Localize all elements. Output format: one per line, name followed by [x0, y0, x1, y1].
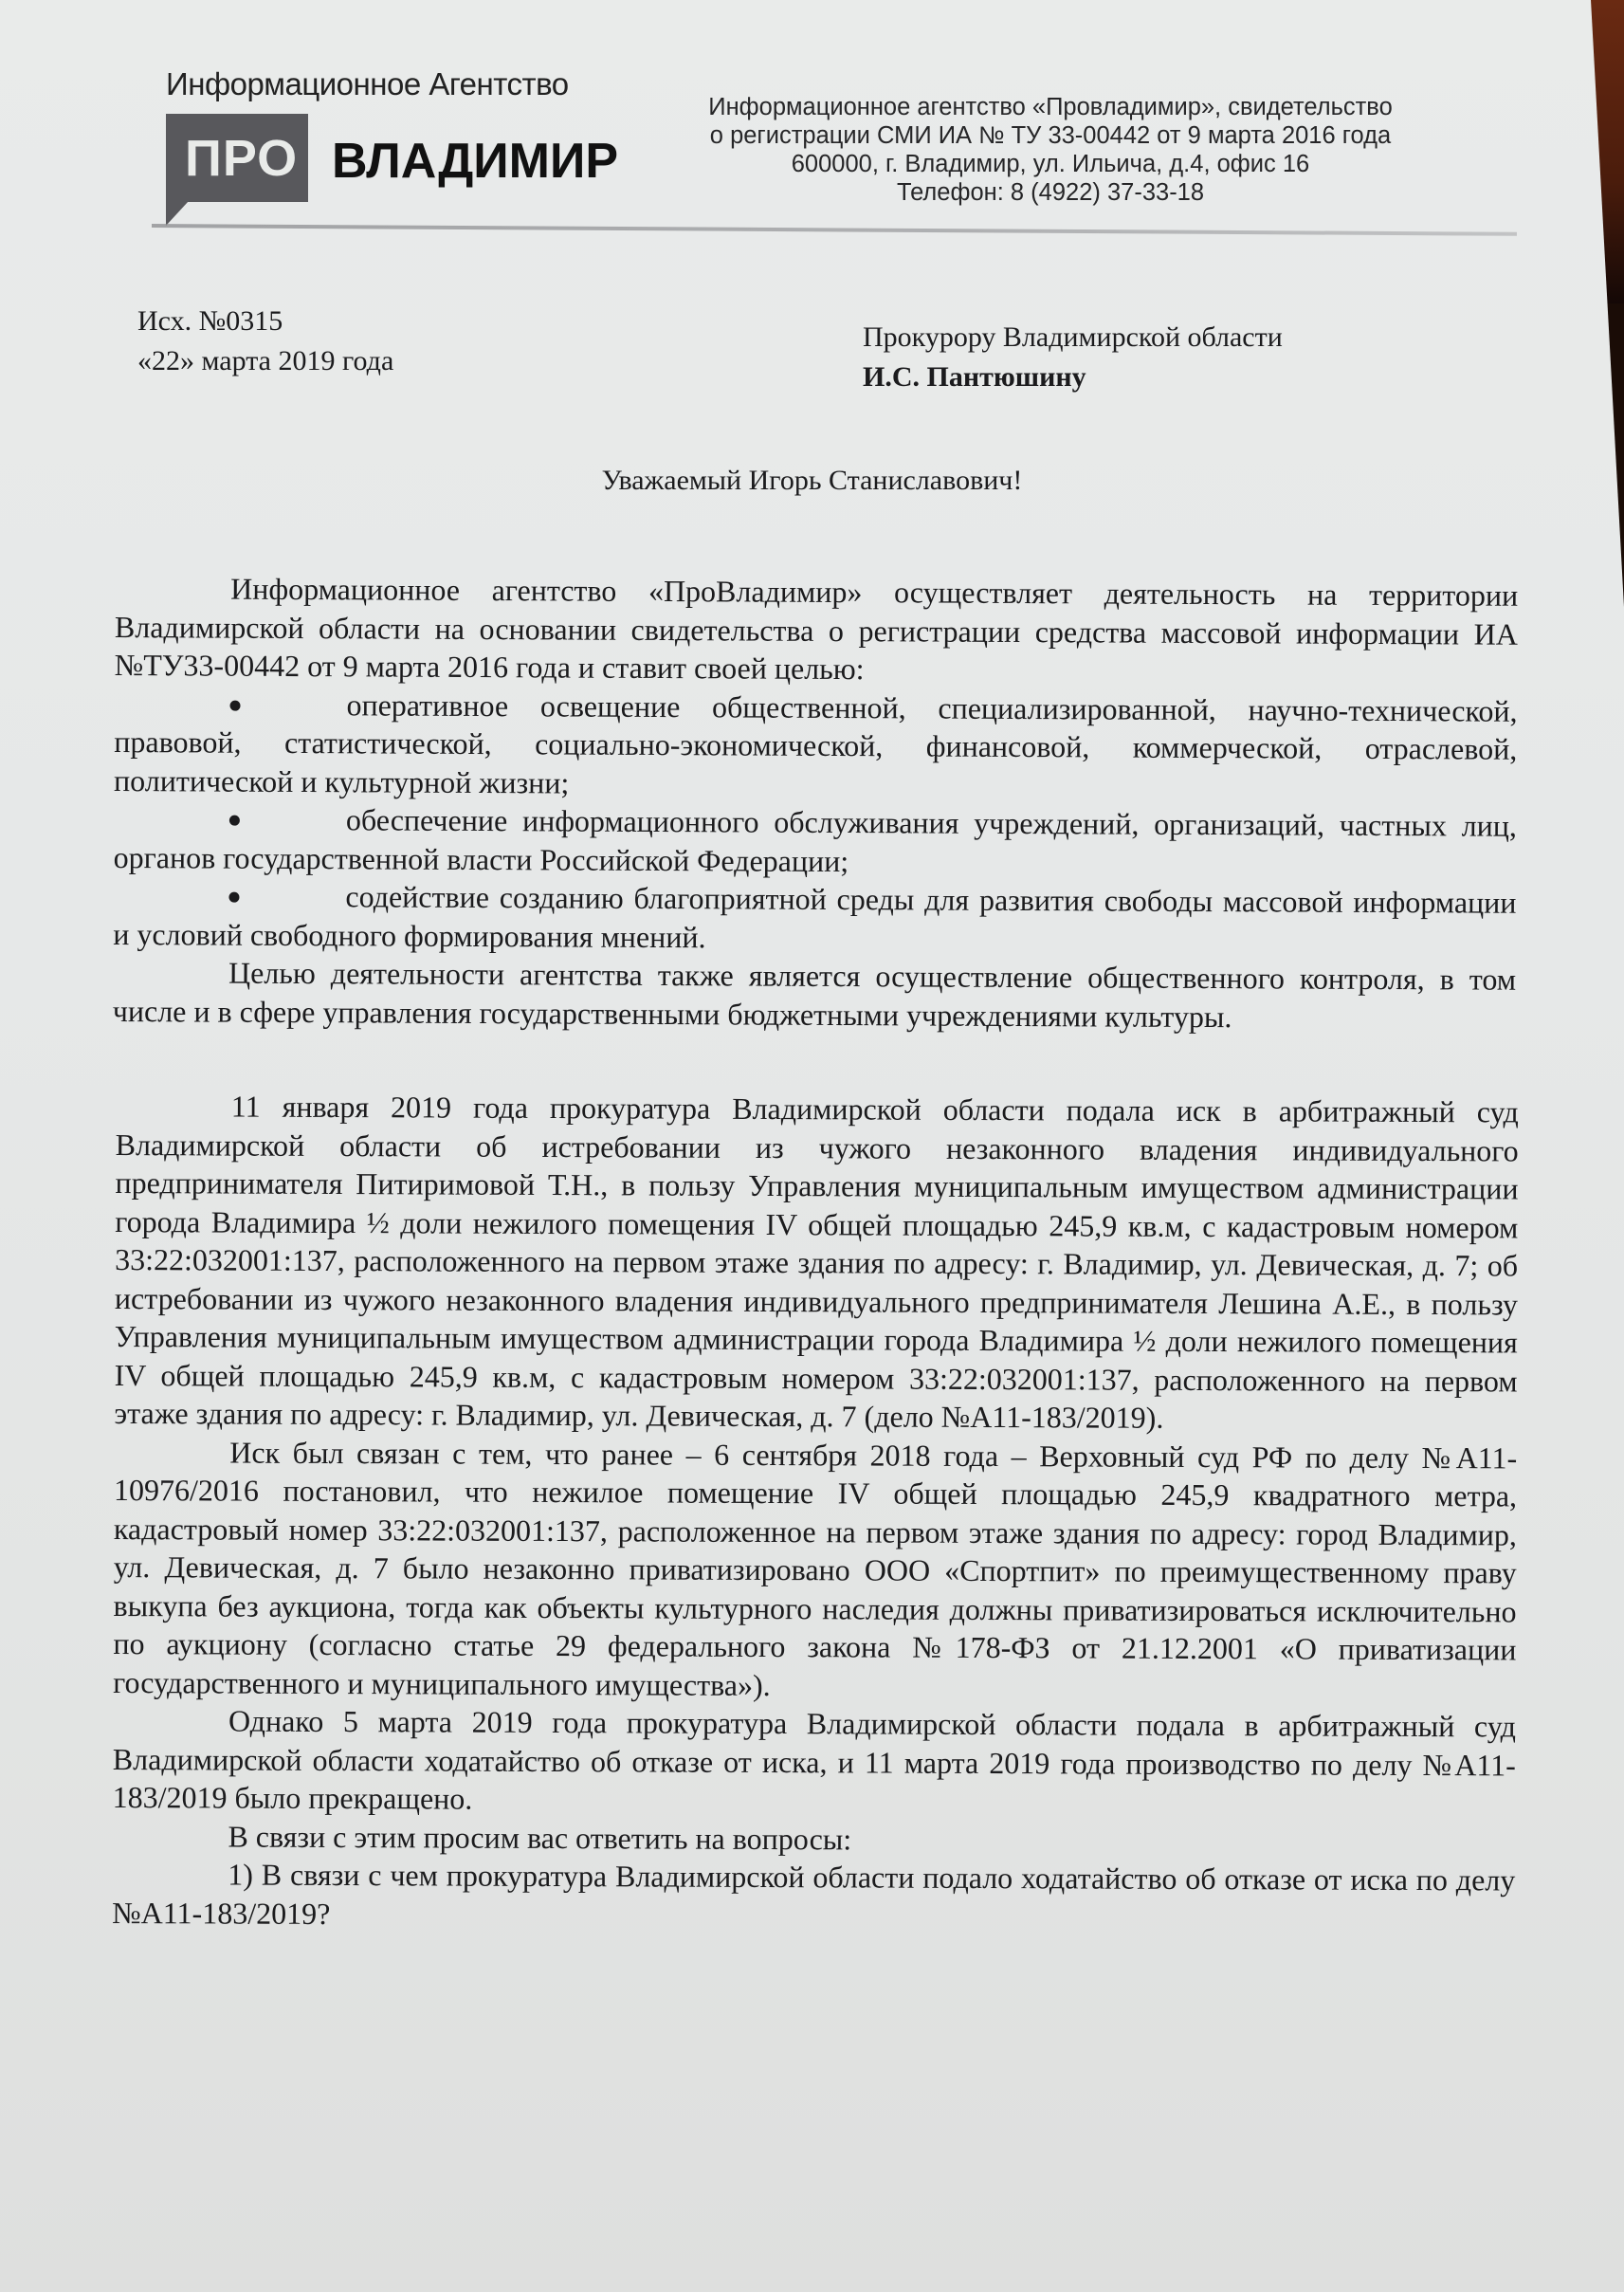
letterhead-logo-block: Информационное Агентство ПРО ВЛАДИМИР — [166, 66, 569, 226]
paragraph-request: В связи с этим просим вас ответить на во… — [112, 1816, 1515, 1861]
letterhead-detail-line: Телефон: 8 (4922) 37-33-18 — [652, 178, 1449, 207]
paragraph-withdrawal: Однако 5 марта 2019 года прокуратура Вла… — [113, 1701, 1517, 1823]
paragraph-background: Иск был связан с тем, что ранее – 6 сент… — [113, 1433, 1517, 1708]
bullet-icon — [228, 892, 239, 903]
reference-block: Исх. №0315 «22» марта 2019 года — [137, 302, 393, 381]
section-case: 11 января 2019 года прокуратура Владимир… — [112, 1087, 1519, 1937]
outgoing-number: Исх. №0315 — [137, 302, 393, 341]
question-item: 1) В связи с чем прокуратура Владимирско… — [112, 1855, 1515, 1937]
goal-item: оперативное освещение общественной, спец… — [114, 685, 1518, 807]
speech-bubble-tail-icon — [166, 201, 189, 226]
section-agency: Информационное агентство «ПроВладимир» о… — [113, 569, 1519, 1037]
letterhead-detail-line: Информационное агентство «Провладимир», … — [652, 93, 1449, 121]
goal-text: обеспечение информационного обслуживания… — [114, 802, 1517, 877]
goal-item: содействие созданию благоприятной среды … — [113, 876, 1516, 961]
letter-body: Информационное агентство «ПроВладимир» о… — [114, 569, 1517, 1932]
addressee-block: Прокурору Владимирской области И.С. Пант… — [863, 318, 1283, 397]
paragraph-intro: Информационное агентство «ПроВладимир» о… — [115, 569, 1519, 691]
logo: ПРО ВЛАДИМИР — [166, 114, 569, 226]
bullet-icon — [229, 816, 240, 826]
goal-item: обеспечение информационного обслуживания… — [114, 799, 1517, 884]
addressee-name: И.С. Пантюшину — [863, 358, 1283, 397]
spacer — [114, 1030, 1517, 1087]
letterhead-detail-line: о регистрации СМИ ИА № ТУ 33-00442 от 9 … — [652, 121, 1449, 150]
addressee-position: Прокурору Владимирской области — [863, 318, 1283, 358]
letterhead-details: Информационное агентство «Провладимир», … — [652, 93, 1449, 207]
agency-label: Информационное Агентство — [166, 66, 569, 102]
logo-pro-text: ПРО — [185, 129, 298, 188]
bullet-icon — [229, 700, 240, 710]
paragraph-claim: 11 января 2019 года прокуратура Владимир… — [114, 1087, 1519, 1439]
goal-text: содействие созданию благоприятной среды … — [113, 879, 1516, 953]
goal-text: оперативное освещение общественной, спец… — [114, 688, 1518, 799]
logo-city-text: ВЛАДИМИР — [332, 133, 618, 190]
letterhead-divider — [152, 224, 1517, 236]
paragraph-purpose: Целью деятельности агентства также являе… — [113, 953, 1516, 1037]
letter-page: Информационное Агентство ПРО ВЛАДИМИР Ин… — [0, 0, 1624, 2292]
letter-date: «22» марта 2019 года — [137, 341, 393, 381]
letterhead-detail-line: 600000, г. Владимир, ул. Ильича, д.4, оф… — [652, 150, 1449, 178]
salutation: Уважаемый Игорь Станиславович! — [0, 465, 1624, 497]
